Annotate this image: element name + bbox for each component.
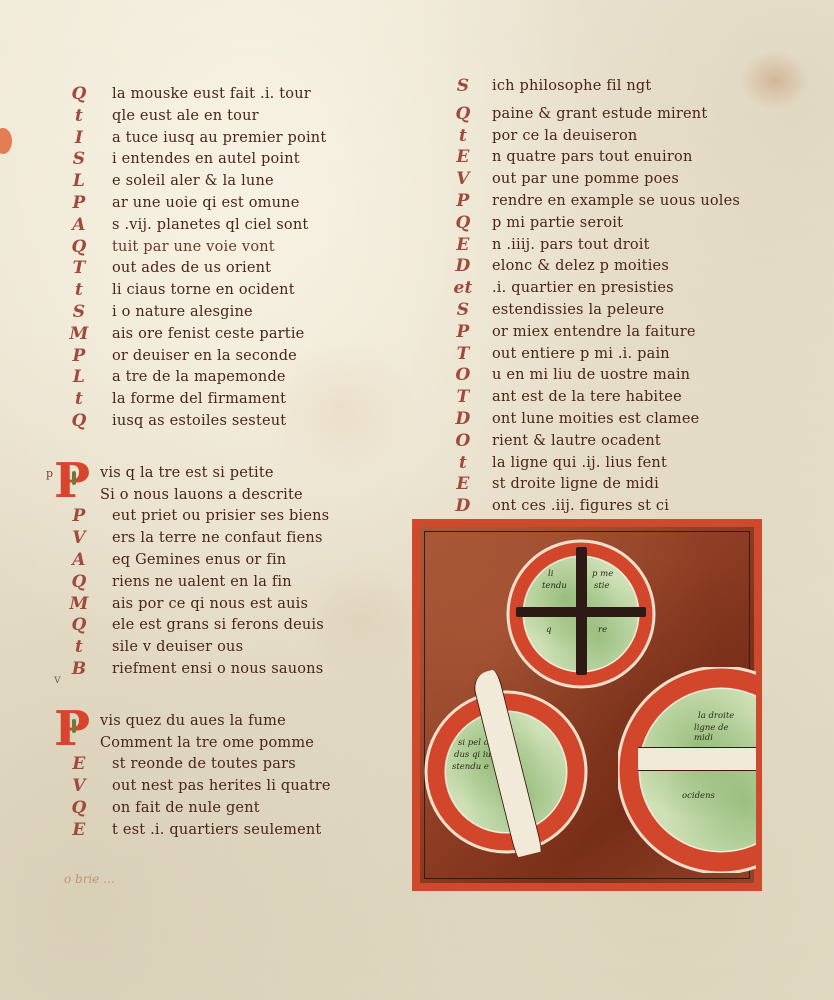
globe-label: ligne de <box>694 723 729 733</box>
line-initial: Q <box>68 798 90 820</box>
stanza-1: Qla mouske eust fait .i. tour tqle eust … <box>68 84 388 433</box>
globe-label: p me <box>592 569 613 579</box>
line-text: ant est de la tere habitee <box>492 387 682 409</box>
globe-label: tendu <box>542 581 567 591</box>
margin-guide-letter: p <box>46 467 53 480</box>
line-initial: O <box>452 365 474 387</box>
verse-line: vis q la tre est si petite <box>68 463 388 485</box>
globe-label: la droite <box>698 711 734 721</box>
line-initial: Q <box>68 615 90 637</box>
verse-line: Dont lune moities est clamee <box>452 409 772 431</box>
verse-line: Vers la terre ne confaut fiens <box>68 528 388 550</box>
verse-line: Delonc & delez p moities <box>452 256 772 278</box>
line-text: la ligne qui .ij. lius fent <box>492 453 667 475</box>
line-initial: t <box>68 280 90 302</box>
margin-red-mark <box>0 128 12 154</box>
verse-line: Mais ore fenist ceste partie <box>68 324 388 346</box>
verse-line: Por miex entendre la faiture <box>452 322 772 344</box>
line-initial: S <box>452 300 474 322</box>
line-initial: t <box>452 126 474 148</box>
line-initial: D <box>452 496 474 518</box>
verse-line: vis quez du aues la fume <box>68 711 388 733</box>
line-text: u en mi liu de uostre main <box>492 365 690 387</box>
verse-line: Briefment ensi o nous sauons <box>68 659 388 681</box>
line-initial: Q <box>68 572 90 594</box>
line-text: sile v deuiser ous <box>112 637 243 659</box>
line-text: iusq as estoiles sesteut <box>112 411 286 433</box>
line-initial: D <box>452 256 474 278</box>
verse-line: et.i. quartier en presisties <box>452 278 772 300</box>
verse-line: Sestendissies la peleure <box>452 300 772 322</box>
stanza-2: p P vis q la tre est si petite Si o nous… <box>68 463 388 681</box>
verse-line: Por deuiser en la seconde <box>68 346 388 368</box>
line-text: or miex entendre la faiture <box>492 322 696 344</box>
line-initial: P <box>452 191 474 213</box>
line-text: ele est grans si ferons deuis <box>112 615 324 637</box>
line-text: qle eust ale en tour <box>112 106 259 128</box>
verse-line: Qpaine & grant estude mirent <box>452 104 772 126</box>
line-text: on fait de nule gent <box>112 798 260 820</box>
verse-line: Mais por ce qi nous est auis <box>68 594 388 616</box>
line-initial: L <box>68 171 90 193</box>
globe-label: q <box>546 625 551 635</box>
line-text: i entendes en autel point <box>112 149 300 171</box>
stanza-3: P vis quez du aues la fume Comment la tr… <box>68 711 388 842</box>
line-initial: t <box>68 106 90 128</box>
line-text: li ciaus torne en ocident <box>112 280 295 302</box>
globe-label: stendu e <box>452 762 489 772</box>
line-initial: P <box>68 506 90 528</box>
line-initial: Q <box>452 104 474 126</box>
line-text: n .iiij. pars tout droit <box>492 235 650 257</box>
globe-label: ocidens <box>682 791 715 801</box>
line-initial: S <box>452 76 474 98</box>
verse-line: Et est .i. quartiers seulement <box>68 820 388 842</box>
line-text: riefment ensi o nous sauons <box>112 659 323 681</box>
verse-line: Ou en mi liu de uostre main <box>452 365 772 387</box>
line-initial: Q <box>452 213 474 235</box>
verse-line: Est reonde de toutes pars <box>68 754 388 776</box>
line-text: paine & grant estude mirent <box>492 104 707 126</box>
verse-line: Aeq Gemines enus or fin <box>68 550 388 572</box>
line-text: eq Gemines enus or fin <box>112 550 286 572</box>
verse-line: tpor ce la deuiseron <box>452 126 772 148</box>
line-text: out ades de us orient <box>112 258 271 280</box>
line-text: ont lune moities est clamee <box>492 409 699 431</box>
catchword: o brie ... <box>64 872 115 886</box>
verse-line: Tout ades de us orient <box>68 258 388 280</box>
verse-line: Qiusq as estoiles sesteut <box>68 411 388 433</box>
line-text: i o nature alesgine <box>112 302 253 324</box>
line-text: n quatre pars tout enuiron <box>492 147 693 169</box>
line-initial: D <box>452 409 474 431</box>
verse-line: La tre de la mapemonde <box>68 367 388 389</box>
line-text: eut priet ou prisier ses biens <box>112 506 329 528</box>
line-initial: E <box>68 820 90 842</box>
verse-line: Peut priet ou prisier ses biens <box>68 506 388 528</box>
globe-diagram: li p me tendu stie q re si pel oure dus … <box>412 519 762 891</box>
line-initial: S <box>68 302 90 324</box>
line-text: ar une uoie qi est omune <box>112 193 299 215</box>
globe-label: stie <box>594 581 610 591</box>
line-text: ont ces .iij. figures st ci <box>492 496 669 518</box>
line-initial: E <box>68 754 90 776</box>
line-text: por ce la deuiseron <box>492 126 637 148</box>
line-initial: B <box>68 659 90 681</box>
line-text: .i. quartier en presisties <box>492 278 674 300</box>
verse-line: Par une uoie qi est omune <box>68 193 388 215</box>
verse-line: tsile v deuiser ous <box>68 637 388 659</box>
globe-label: re <box>598 625 607 635</box>
line-initial: T <box>452 344 474 366</box>
half-globe-clip: la droite ligne de midi ocidens <box>618 667 756 873</box>
line-initial: t <box>68 637 90 659</box>
line-initial: A <box>68 550 90 572</box>
verse-line: En quatre pars tout enuiron <box>452 147 772 169</box>
line-text: st droite ligne de midi <box>492 474 659 496</box>
globe-half-equator: la droite ligne de midi ocidens <box>618 667 756 873</box>
verse-line: Qla mouske eust fait .i. tour <box>68 84 388 106</box>
line-initial: et <box>452 278 474 300</box>
verse-line: tla forme del firmament <box>68 389 388 411</box>
right-column: Sich philosophe fil ngt Qpaine & grant e… <box>452 76 772 518</box>
line-text: t est .i. quartiers seulement <box>112 820 321 842</box>
line-initial: E <box>452 474 474 496</box>
verse-line: Vout nest pas herites li quatre <box>68 776 388 798</box>
line-text: ers la terre ne confaut fiens <box>112 528 323 550</box>
verse-line: Vout par une pomme poes <box>452 169 772 191</box>
line-initial: S <box>68 149 90 171</box>
line-initial: V <box>68 528 90 550</box>
globe-quartered: li p me tendu stie q re <box>508 541 654 687</box>
verse-line: tli ciaus torne en ocident <box>68 280 388 302</box>
verse-line: tqle eust ale en tour <box>68 106 388 128</box>
line-text: Si o nous lauons a descrite <box>100 485 303 507</box>
verse-line: Qon fait de nule gent <box>68 798 388 820</box>
verse-line: Qp mi partie seroit <box>452 213 772 235</box>
line-text: s .vij. planetes ql ciel sont <box>112 215 308 237</box>
line-text: elonc & delez p moities <box>492 256 669 278</box>
line-text: tuit par une voie vont <box>112 237 275 259</box>
verse-line: Est droite ligne de midi <box>452 474 772 496</box>
line-text: out par une pomme poes <box>492 169 679 191</box>
line-initial: Q <box>68 411 90 433</box>
verse-line: Tout entiere p mi .i. pain <box>452 344 772 366</box>
line-text: or deuiser en la seconde <box>112 346 297 368</box>
line-initial: t <box>68 389 90 411</box>
verse-line: Qele est grans si ferons deuis <box>68 615 388 637</box>
left-column: Qla mouske eust fait .i. tour tqle eust … <box>68 84 388 842</box>
line-text: ais ore fenist ceste partie <box>112 324 304 346</box>
verse-line: Ia tuce iusq au premier point <box>68 128 388 150</box>
line-initial: P <box>68 193 90 215</box>
verse-line: Qtuit par une voie vont <box>68 237 388 259</box>
line-text: a tre de la mapemonde <box>112 367 286 389</box>
line-text: riens ne ualent en la fin <box>112 572 292 594</box>
verse-line: Tant est de la tere habitee <box>452 387 772 409</box>
line-text: Comment la tre ome pomme <box>100 733 314 755</box>
line-text: out nest pas herites li quatre <box>112 776 331 798</box>
verse-line: Dont ces .iij. figures st ci <box>452 496 772 518</box>
verse-line: Qriens ne ualent en la fin <box>68 572 388 594</box>
line-text: e soleil aler & la lune <box>112 171 274 193</box>
verse-line: tla ligne qui .ij. lius fent <box>452 453 772 475</box>
line-initial: T <box>68 258 90 280</box>
equator-line <box>516 607 646 617</box>
verse-line: Le soleil aler & la lune <box>68 171 388 193</box>
line-text: ais por ce qi nous est auis <box>112 594 308 616</box>
line-text: rient & lautre ocadent <box>492 431 661 453</box>
line-text: vis q la tre est si petite <box>100 463 274 485</box>
verse-line: Si o nous lauons a descrite <box>68 485 388 507</box>
line-initial: T <box>452 387 474 409</box>
line-text: ich philosophe fil ngt <box>492 76 651 98</box>
line-text: vis quez du aues la fume <box>100 711 286 733</box>
verse-line: As .vij. planetes ql ciel sont <box>68 215 388 237</box>
line-initial: A <box>68 215 90 237</box>
verse-line: Si entendes en autel point <box>68 149 388 171</box>
line-text: a tuce iusq au premier point <box>112 128 326 150</box>
line-initial: Q <box>68 237 90 259</box>
verse-line: Orient & lautre ocadent <box>452 431 772 453</box>
line-initial: V <box>452 169 474 191</box>
globe-label: li <box>548 569 553 579</box>
line-initial: P <box>452 322 474 344</box>
line-text: la forme del firmament <box>112 389 286 411</box>
line-text: estendissies la peleure <box>492 300 664 322</box>
equator-band <box>638 747 756 771</box>
line-initial: I <box>68 128 90 150</box>
line-text: p mi partie seroit <box>492 213 623 235</box>
line-initial: E <box>452 235 474 257</box>
line-initial: P <box>68 346 90 368</box>
line-initial: E <box>452 147 474 169</box>
line-initial: Q <box>68 84 90 106</box>
line-initial: M <box>68 594 90 616</box>
line-text: la mouske eust fait .i. tour <box>112 84 311 106</box>
line-initial: t <box>452 453 474 475</box>
line-initial: O <box>452 431 474 453</box>
verse-line: Si o nature alesgine <box>68 302 388 324</box>
globe-label: midi <box>694 733 713 743</box>
verse-line: En .iiij. pars tout droit <box>452 235 772 257</box>
line-initial: V <box>68 776 90 798</box>
line-text: st reonde de toutes pars <box>112 754 296 776</box>
line-text: rendre en example se uous uoles <box>492 191 740 213</box>
verse-line: Prendre en example se uous uoles <box>452 191 772 213</box>
line-initial: M <box>68 324 90 346</box>
marginal-v-mark: v <box>54 672 61 686</box>
line-text: out entiere p mi .i. pain <box>492 344 670 366</box>
verse-line: Sich philosophe fil ngt <box>452 76 772 98</box>
verse-line: Comment la tre ome pomme <box>68 733 388 755</box>
manuscript-page: Qla mouske eust fait .i. tour tqle eust … <box>0 0 834 1000</box>
line-initial: L <box>68 367 90 389</box>
